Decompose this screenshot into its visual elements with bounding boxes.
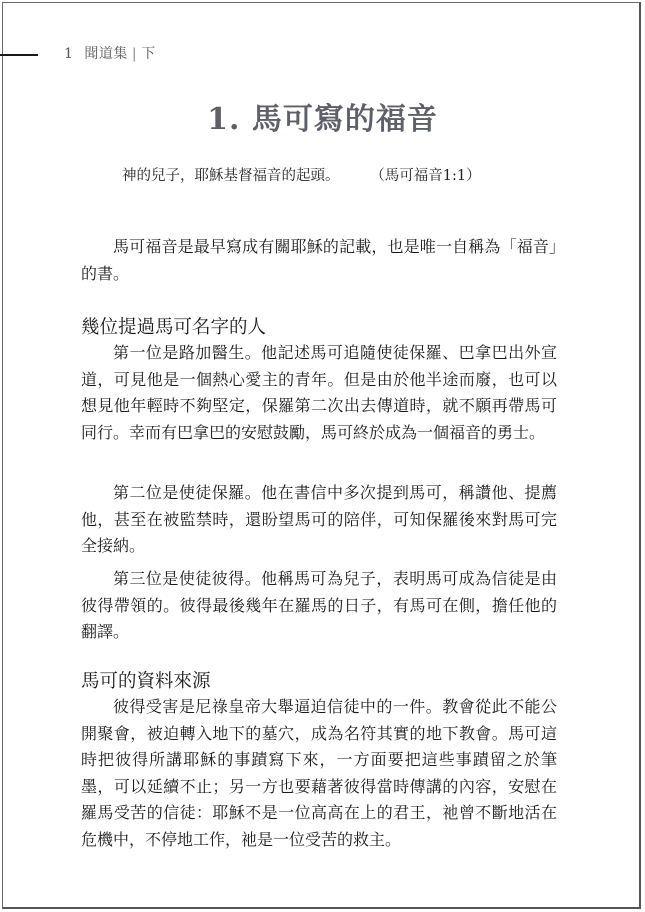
epigraph-text: 神的兒子，耶穌基督福音的起頭。 bbox=[122, 168, 340, 184]
section-body: 第二位是使徒保羅。他在書信中多次提到馬可，稱讚他、提薦他，甚至在被監禁時，還盼望… bbox=[81, 480, 557, 560]
paragraph: 第二位是使徒保羅。他在書信中多次提到馬可，稱讚他、提薦他，甚至在被監禁時，還盼望… bbox=[81, 480, 557, 560]
section-body: 第一位是路加醫生。他記述馬可追隨使徒保羅、巴拿巴出外宣道，可見他是一個熱心愛主的… bbox=[81, 340, 557, 446]
section-body: 第三位是使徒彼得。他稱馬可為兒子，表明馬可成為信徒是由彼得帶領的。彼得最後幾年在… bbox=[81, 566, 557, 646]
paragraph: 第三位是使徒彼得。他稱馬可為兒子，表明馬可成為信徒是由彼得帶領的。彼得最後幾年在… bbox=[81, 566, 557, 646]
chapter-title: 1. 馬可寫的福音 bbox=[0, 94, 645, 138]
intro-block: 馬可福音是最早寫成有關耶穌的記載，也是唯一自稱為「福音」的書。 bbox=[81, 234, 557, 287]
paragraph: 第一位是路加醫生。他記述馬可追隨使徒保羅、巴拿巴出外宣道，可見他是一個熱心愛主的… bbox=[81, 340, 557, 446]
section-heading: 幾位提過馬可名字的人 bbox=[81, 313, 266, 339]
paragraph: 彼得受害是尼祿皇帝大舉逼迫信徒中的一件。教會從此不能公開聚會，被迫轉入地下的墓穴… bbox=[81, 694, 557, 853]
volume-label: 下 bbox=[141, 46, 156, 62]
epigraph: 神的兒子，耶穌基督福音的起頭。（馬可福音1:1） bbox=[122, 164, 481, 185]
header-rule bbox=[0, 54, 38, 56]
intro-paragraph: 馬可福音是最早寫成有關耶穌的記載，也是唯一自稱為「福音」的書。 bbox=[81, 234, 557, 287]
section-body: 彼得受害是尼祿皇帝大舉逼迫信徒中的一件。教會從此不能公開聚會，被迫轉入地下的墓穴… bbox=[81, 694, 557, 853]
book-title: 聞道集 bbox=[84, 46, 128, 62]
separator: | bbox=[132, 46, 137, 62]
running-head: 1 聞道集|下 bbox=[64, 43, 156, 63]
epigraph-reference: （馬可福音1:1） bbox=[378, 168, 481, 184]
section-heading: 馬可的資料來源 bbox=[81, 667, 211, 693]
page-number: 1 bbox=[64, 46, 73, 62]
